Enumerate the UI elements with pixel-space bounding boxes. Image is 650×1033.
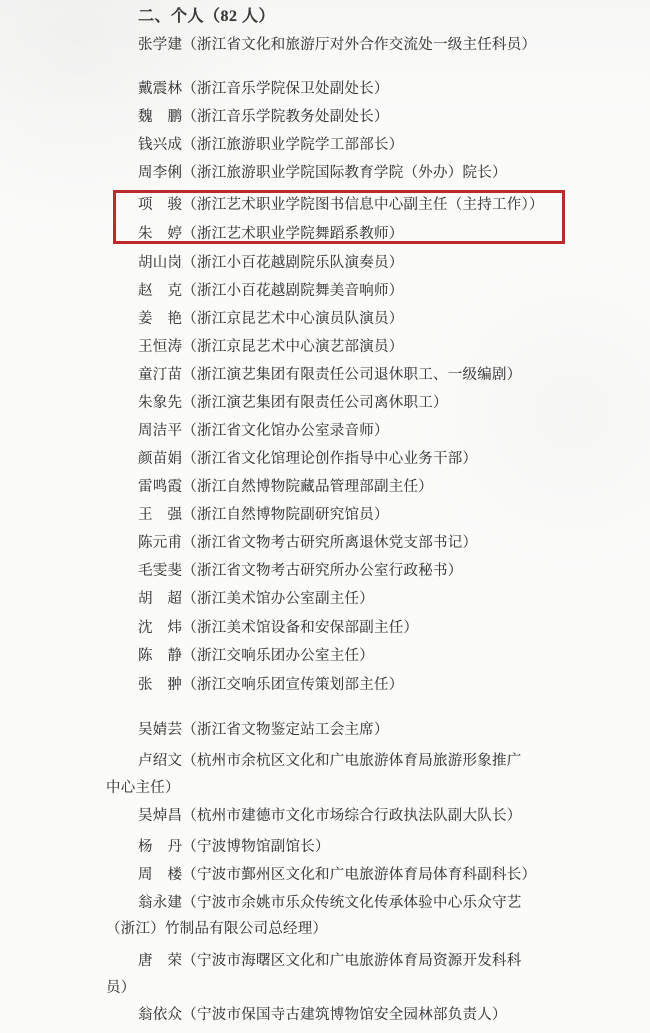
entry-line-continuation: （浙江）竹制品有限公司总经理）	[106, 920, 327, 938]
entry-line-continuation: 中心主任）	[106, 779, 180, 797]
entry-line: 吴焯昌（杭州市建德市文化市场综合行政执法队副大队长）	[138, 807, 522, 825]
entry-line: 毛雯斐（浙江省文物考古研究所办公室行政秘书）	[138, 562, 463, 580]
entry-line: 雷鸣霞（浙江自然博物院藏品管理部副主任）	[138, 478, 433, 496]
entry-line: 杨 丹（宁波博物馆副馆长）	[138, 838, 330, 856]
entry-line: 戴震林（浙江音乐学院保卫处副处长）	[138, 80, 389, 98]
section-heading: 二、个人（82 人）	[138, 8, 275, 26]
entry-line: 王 强（浙江自然博物院副研究馆员）	[138, 506, 389, 524]
entry-line: 张学建（浙江省文化和旅游厅对外合作交流处一级主任科员）	[138, 36, 536, 54]
entry-line: 魏 鹏（浙江音乐学院教务处副处长）	[138, 108, 389, 126]
highlighted-entry-line: 朱 婷（浙江艺术职业学院舞蹈系教师）	[138, 225, 404, 243]
entry-line: 赵 克（浙江小百花越剧院舞美音响师）	[138, 282, 404, 300]
entry-line: 沈 炜（浙江美术馆设备和安保部副主任）	[138, 619, 418, 637]
entry-line: 童汀苗（浙江演艺集团有限责任公司退休职工、一级编剧）	[138, 366, 522, 384]
entry-line: 周洁平（浙江省文化馆办公室录音师）	[138, 422, 389, 440]
entry-line: 颜苗娟（浙江省文化馆理论创作指导中心业务干部）	[138, 450, 477, 468]
entry-line: 陈 静（浙江交响乐团办公室主任）	[138, 647, 374, 665]
entry-line-continuation: 员）	[106, 979, 136, 997]
entry-line: 卢绍文（杭州市余杭区文化和广电旅游体育局旅游形象推广	[138, 752, 522, 770]
entry-line: 吴婧芸（浙江省文物鉴定站工会主席）	[138, 721, 389, 739]
entry-line: 张 翀（浙江交响乐团宣传策划部主任）	[138, 676, 404, 694]
entry-line: 陈元甫（浙江省文物考古研究所离退休党支部书记）	[138, 534, 477, 552]
entry-line: 周李俐（浙江旅游职业学院国际教育学院（外办）院长）	[138, 164, 507, 182]
document-page: 二、个人（82 人）张学建（浙江省文化和旅游厅对外合作交流处一级主任科员）戴震林…	[0, 0, 650, 1033]
entry-line: 王恒涛（浙江京昆艺术中心演艺部演员）	[138, 338, 404, 356]
entry-line: 姜 艳（浙江京昆艺术中心演员队演员）	[138, 310, 404, 328]
entry-line: 胡山岗（浙江小百花越剧院乐队演奏员）	[138, 254, 404, 272]
entry-line: 翁依众（宁波市保国寺古建筑博物馆安全园林部负责人）	[138, 1006, 507, 1024]
entry-line: 唐 荣（宁波市海曙区文化和广电旅游体育局资源开发科科	[138, 952, 522, 970]
entry-line: 胡 超（浙江美术馆办公室副主任）	[138, 590, 374, 608]
highlighted-entry-line: 项 骏（浙江艺术职业学院图书信息中心副主任（主持工作））	[138, 196, 544, 214]
entry-line: 翁永建（宁波市余姚市乐众传统文化传承体验中心乐众守艺	[138, 894, 522, 912]
entry-line: 朱象先（浙江演艺集团有限责任公司离休职工）	[138, 394, 448, 412]
entry-line: 钱兴成（浙江旅游职业学院学工部部长）	[138, 136, 404, 154]
entry-line: 周 楼（宁波市鄞州区文化和广电旅游体育局体育科副科长）	[138, 866, 536, 884]
